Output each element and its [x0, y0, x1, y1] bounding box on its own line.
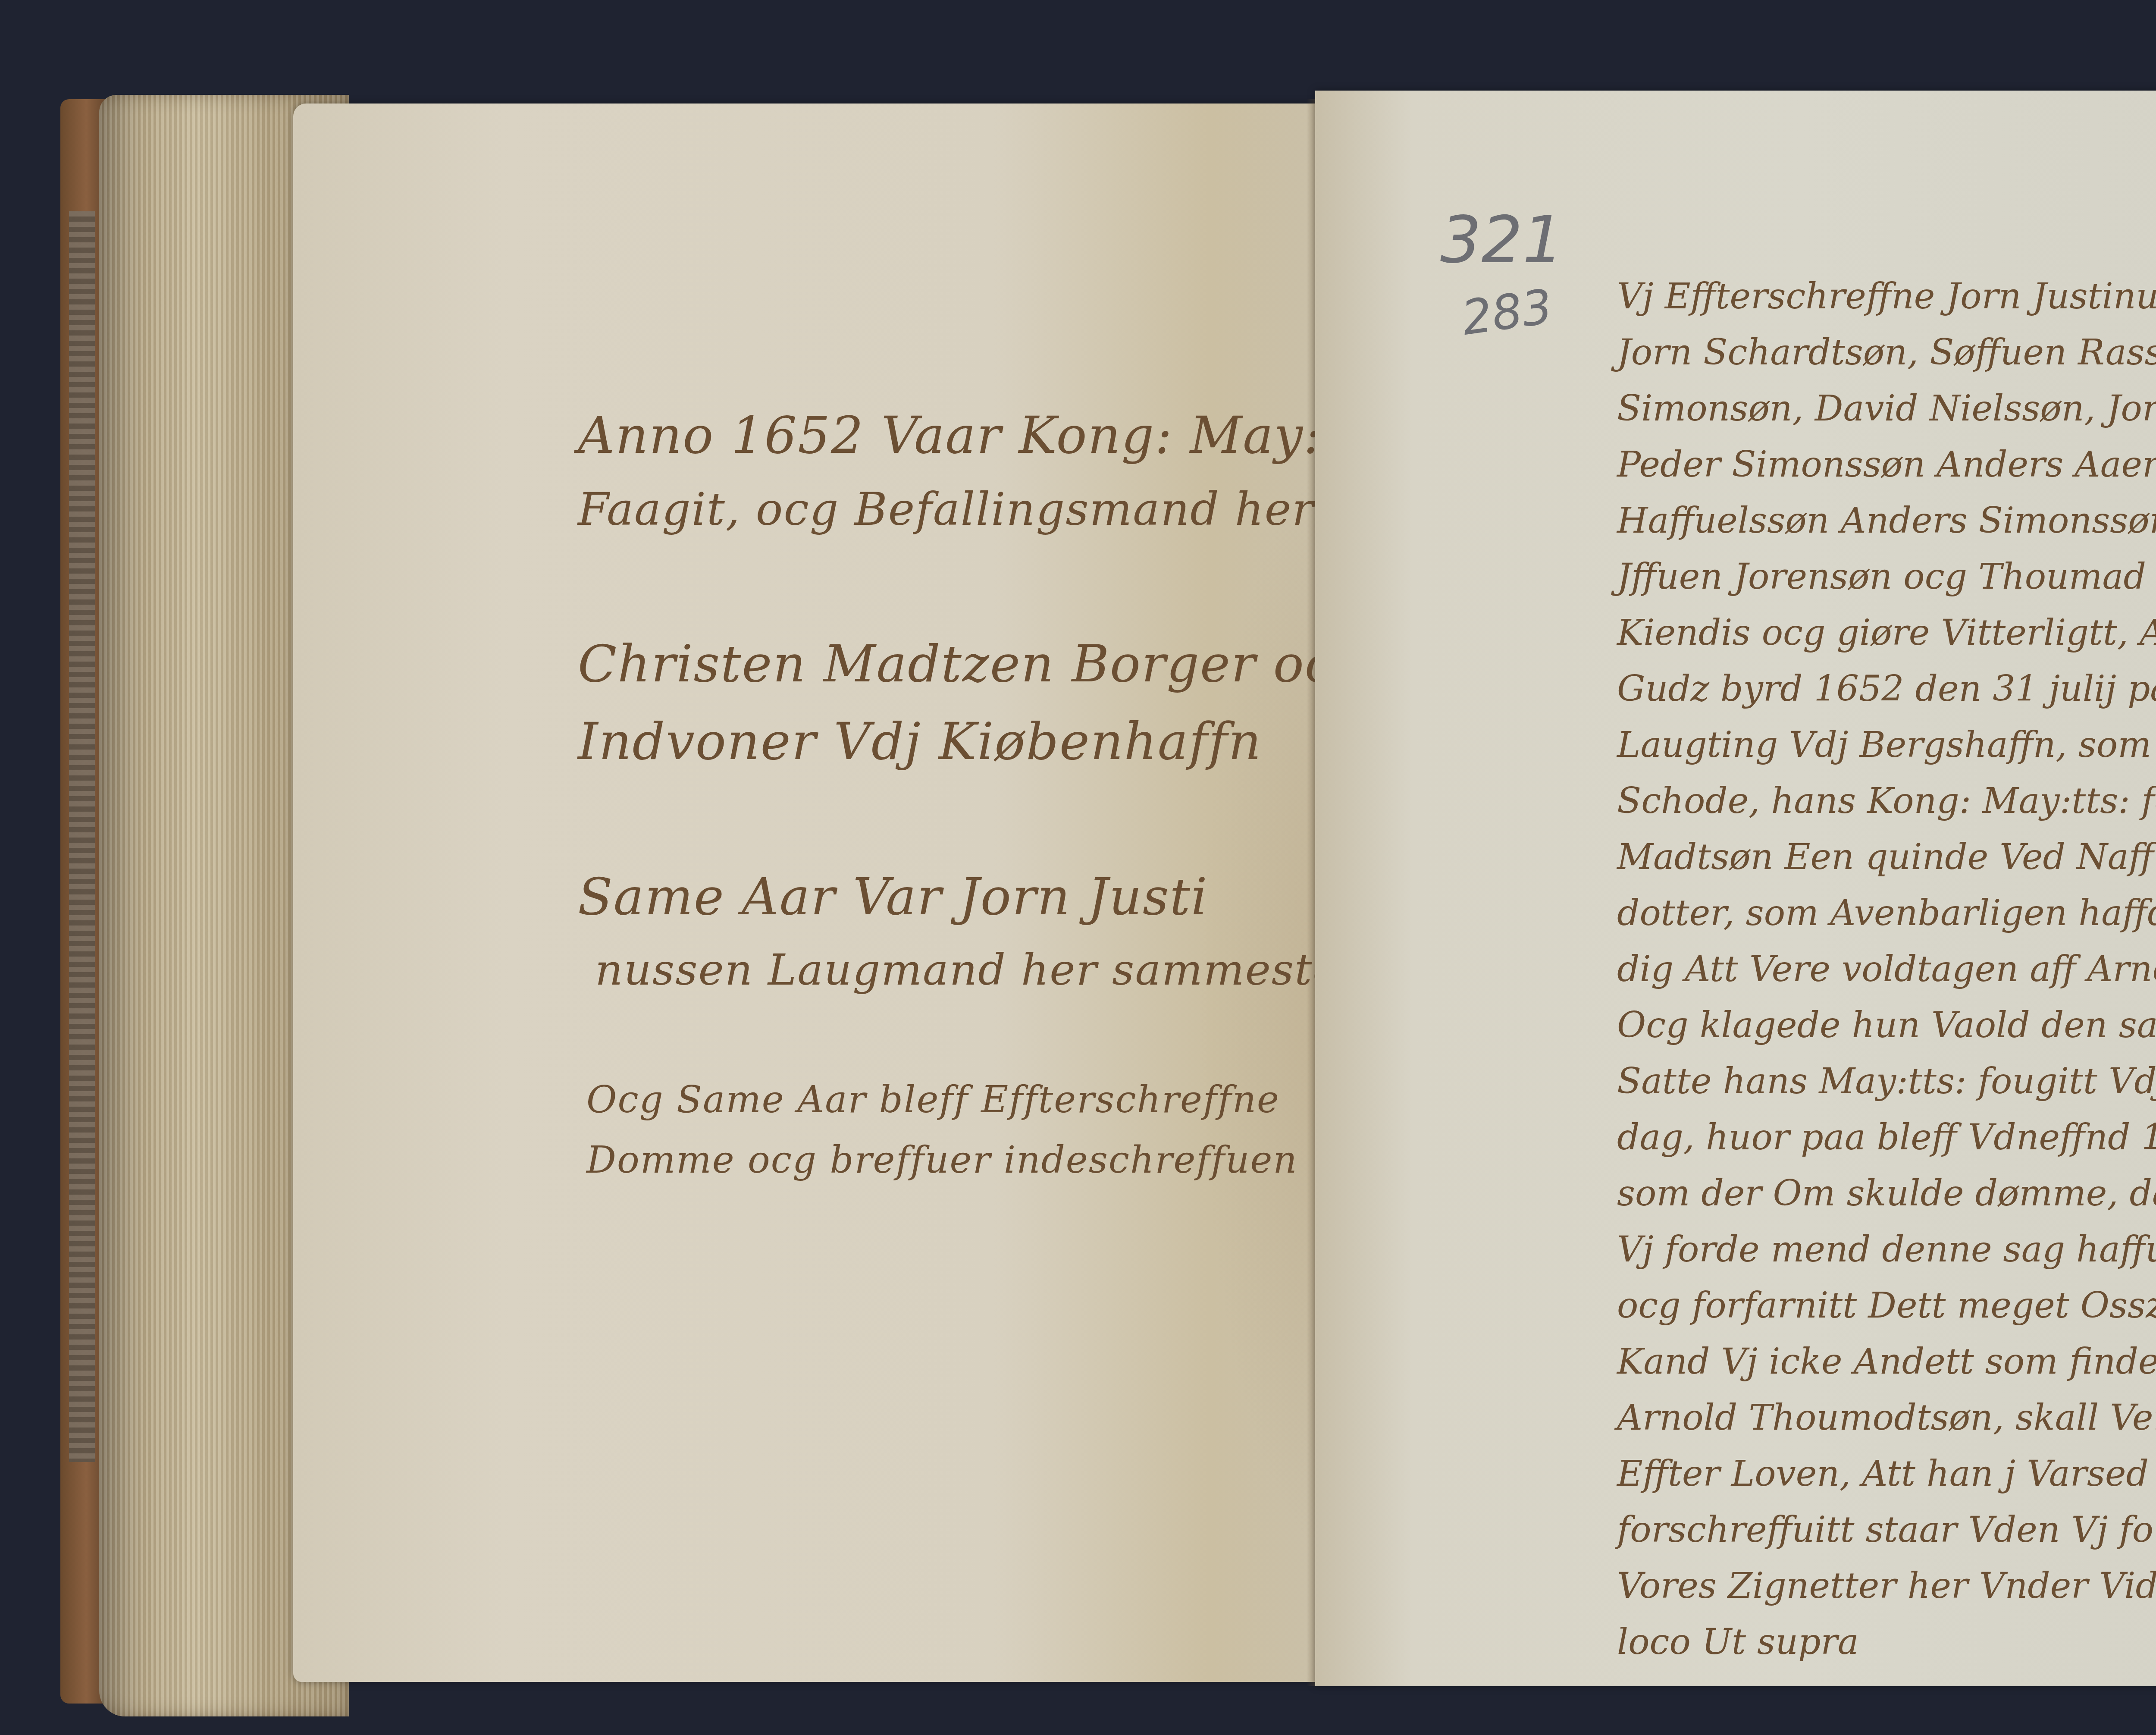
- right-page: 321 283 Vj Effterschreffne Jorn Justinus…: [1315, 91, 2156, 1686]
- text-line: Kand Vj icke Andett som finde End forde: [1617, 1341, 2156, 1382]
- folio-number: 321: [1440, 203, 1564, 278]
- entry-line: Domme ocg breffuer indeschreffuen: [586, 1139, 1298, 1182]
- text-line: Peder Simonssøn Anders Aaendtsøn Magnus: [1617, 444, 2156, 485]
- text-line: Kiendis ocg giøre Vitterligtt, Att Aar e…: [1617, 612, 2156, 653]
- text-line: Jffuen Jorensøn ocg Thoumad Thommessøn: [1617, 556, 2156, 597]
- text-line: Jorn Schardtsøn, Søffuen Rassmussøn Jorn: [1617, 332, 2156, 373]
- text-line: Arnold Thoumodtsøn, skall Vere fredløss: [1617, 1397, 2156, 1438]
- text-line: dag, huor paa bleff Vdneffnd 12 mend: [1617, 1117, 2156, 1158]
- text-line: Satte hans May:tts: fougitt Vdj Retta sa…: [1617, 1061, 2156, 1102]
- text-line: Gudz byrd 1652 den 31 julij paa itt Ratt: [1617, 668, 2156, 709]
- text-line: loco Ut supra: [1617, 1622, 1859, 1663]
- text-line: som der Om skulde dømme, daa Effterssom: [1617, 1173, 2156, 1214]
- left-page: Anno 1652 Vaar Kong: May:tts: Faagit, oc…: [293, 104, 1371, 1682]
- text-line: Haffuelssøn Anders Simonssøn Svend Peder…: [1617, 500, 2156, 541]
- text-line: Vores Zignetter her Vnder Vider Anno die…: [1617, 1566, 2156, 1606]
- text-line: forschreffuitt staar Vden Vj forde mend …: [1617, 1509, 2156, 1550]
- text-line: Madtsøn Een quinde Ved Naffn Maren Joren…: [1617, 837, 2156, 878]
- entry-line: Christen Madtzen Borger ocg: [578, 634, 1368, 693]
- marbled-edge: [69, 211, 95, 1462]
- text-line: Vj Effterschreffne Jorn Justinussøn Laug…: [1617, 276, 2156, 317]
- open-book: Anno 1652 Vaar Kong: May:tts: Faagit, oc…: [60, 65, 2156, 1721]
- text-line: dotter, som Avenbarligen haffde Vdnebtt: [1617, 893, 2156, 934]
- text-line: dig Att Vere voldtagen aff Arnold Thoumo…: [1617, 949, 2156, 990]
- text-line: Schode, hans Kong: May:tts: fougitt Chri…: [1617, 781, 2156, 822]
- entry-line: Anno 1652 Vaar Kong: May:tts:: [578, 405, 1409, 465]
- text-line: Effter Loven, Att han j Varsed Ehr som: [1617, 1453, 2156, 1494]
- text-line: Laugting Vdj Bergshaffn, som Retten haff…: [1617, 725, 2156, 766]
- entry-line: Ocg Same Aar bleff Effterschreffne: [586, 1078, 1280, 1121]
- old-folio-number: 283: [1458, 279, 1556, 346]
- text-line: Simonsøn, David Nielssøn, Jorn Jorensøn: [1617, 388, 2156, 429]
- entry-line: Indvoner Vdj Kiøbenhaffn: [578, 712, 1262, 771]
- text-line: Vj forde mend denne sag haffuer grandsch…: [1617, 1229, 2156, 1270]
- text-line: ocg forfarnitt Dett meget Ossz Menlig At…: [1617, 1285, 2156, 1326]
- entry-line: nussen Laugmand her sammestedtz: [595, 944, 1409, 995]
- entry-line: Same Aar Var Jorn Justi: [578, 867, 1208, 926]
- text-line: Ocg klagede hun Vaold den same dag, Daa: [1617, 1005, 2156, 1046]
